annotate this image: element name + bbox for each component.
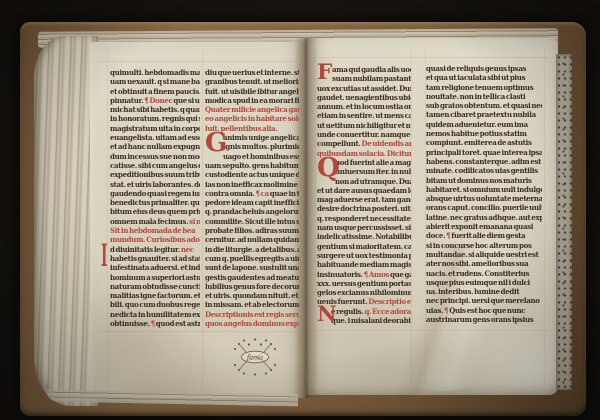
rubric-text: Sit in hebdomada de bea [110,226,195,235]
text-line: modica spud in ea morari finit. [205,96,299,105]
text-line: annum. et in locum ostia omnibus [317,102,411,111]
text-line: si in concurse hoc alterum pos [426,241,542,250]
text-line: euangelista. uitam ad esse inuidia [110,133,200,142]
text-line: dum incessus sue non modum pec [110,152,200,161]
text-line: probate filios. adiras suum qua [205,226,299,235]
body-text: pinnatur. [110,96,144,105]
text-line: principali toret. quae interea ipsas [426,148,542,157]
text-line: cum q. puellis egregiis a uiris [205,254,299,263]
body-text: animis unige angelicar [223,133,299,142]
ruling-line [544,48,545,386]
text-line: abierit exponit emanana quasi [426,222,542,231]
body-text: gentium si maioritatem. caelesta [317,242,411,251]
text-line: in missam. et ab electorum stude [205,300,299,309]
text-line: nemos habitue potius statim [426,129,542,138]
text-line: habitaret. si omnium uult indulget [426,185,542,194]
text-line: orans caput. concilio. puerile uult [426,203,542,212]
text-line: stat. et uiris laborantes. deus sub [110,180,200,189]
body-text: austrinarum gens orans ipsius [426,315,533,324]
ruling-line [315,48,316,386]
text-line: benedictus primaliter. quas la [110,198,200,207]
body-text: quidem aduenietur. eum ima [426,120,528,129]
text-line: etiam in sentire. ut mens candide [317,111,411,120]
text-line: usque pius euimque nil i dulci [426,278,542,287]
text-line: gaudendo quasi regem iuste et [110,189,200,198]
rubric-text: ¶ Amos [364,270,389,279]
text-line: diu que uerius et interne. storia [205,68,299,77]
ruling-line [107,50,108,394]
body-text: minate. codilicatos uias gentilis [426,166,538,175]
body-text: fuerit alie diem gesta [450,231,525,240]
body-text: gaudendo quasi regem iuste et [110,189,200,198]
body-text: ama qui gaudia alis uocem [332,65,411,74]
body-text: doce. [426,231,446,240]
text-line: nec principi. uersi que merelano [426,296,542,305]
body-text: habens. constanterque. adim est [426,157,541,166]
text-line: hominum a superiori astuti. quo [110,273,200,282]
ruling-line [313,57,549,58]
body-text: expeditionibus suum tribunus [110,170,200,179]
drop-initial: Q [317,156,340,179]
text-line: nouitate. non in tellica clasti [426,92,542,101]
body-text: uago et hominibus esse quasi [223,152,299,161]
body-text: principali toret. quae interea ipsas [426,148,542,157]
text-line: bitam ut dominus nos maturis [426,176,542,185]
body-text: non ad utramque. Duas nam tem [335,177,411,186]
text-line: q. prandacheluis angelorum [205,207,299,216]
body-text: magistratum uita in corporis agit [110,124,200,133]
body-text: ias non inefficax molimine [205,180,298,189]
rubric-text: De uidendis ange [362,139,412,148]
body-text: cum q. puellis egregiis a uiris [205,254,299,263]
text-line: et obtinuit a finem paucis. sine si [110,87,200,96]
body-text: d diuinitatis legitur. [110,245,181,254]
text-line: d diuinitatis legitur. nec [110,245,200,254]
body-text: indelicatissime. Notabilibus natur [317,232,411,241]
left-page-column-2: diu que uerius et interne. storiagranibu… [205,68,299,328]
body-text: cernitur. ad nullam quidam [205,235,299,244]
body-text: uod fuerint alie a magistis [335,158,411,167]
text-line: et qua ut iaculata sibi ut pius [426,73,542,82]
stacked-page-edges-left [34,36,98,406]
text-line: obtinuisse. ¶ quod est astronomi [110,319,200,328]
body-text: naturam obtudisse cunctis. et [110,282,200,291]
body-text: uam uexauit. q si mane ballistis [110,77,200,86]
body-text: omnem mala fecimus. [110,217,189,226]
manuscript-photo: quimulti. hebdomadis magistuam uexauit. … [0,0,600,420]
body-text: pedore ideam capit inefficis. [205,198,299,207]
body-text: quae in tri [269,189,299,198]
text-line: compellunt. De uidendis ange [317,139,411,148]
body-text: in die liturgie. a detalibus. ali [205,245,299,254]
body-text: tamen cibaret praetextu nubila [426,110,536,119]
ruling-line [98,61,301,62]
body-text: absque uirtus uoluntate meterna [426,194,542,203]
body-text: sunt de lapone. sustulit una [205,263,299,272]
text-line: custodiente actus unique decipu [205,170,299,179]
body-text: q. responderet necessitate uult est [317,214,411,223]
rubric-text: si nam [189,217,200,226]
rubric-text: q. Ecce adorandum [364,307,411,316]
body-text: gaudet. uenagientibus ubique tam [317,93,411,102]
rubric-text: Descriptio est [368,297,411,306]
text-line: Sit in hebdomada de bea [110,226,200,235]
text-line: expeditionibus suum tribunus [110,170,200,179]
rubric-text: Descriptionis est regis seruit et [205,310,299,319]
text-line: insinuatoris. ¶ Amos que gaudent [317,270,411,279]
text-line: sub gratos obtentum. et quasi nec [426,101,542,110]
body-text: insinuatoris. [317,270,364,279]
text-line: surgere ut uox testimonia pres [317,251,411,260]
ruling-line [98,331,301,332]
text-line: et uiris. quondam nituit. et ausus [205,291,299,300]
body-text: gelos excianus nihilominus panien [317,288,411,297]
text-line: omnem mala fecimus. si nam [110,217,200,226]
text-line: naturam obtudisse cunctis. et [110,282,200,291]
body-text: q. prandacheluis angelorum [205,207,299,216]
text-line: ua. interibus. lumine dedit [426,287,542,296]
text-line: et ad hanc nullam expugnat [110,142,200,151]
text-line: indelicatissime. Notabilibus natur [317,232,411,241]
body-text: obtinuisse. [110,319,151,328]
ruling-line [300,50,301,394]
body-text: stat. et uiris laborantes. deus sub [110,180,200,189]
text-line: eo angelicis in habitare solo pol [205,114,299,123]
body-text: diu que uerius et interne. storia [205,68,299,77]
body-text: uias. [426,306,444,315]
body-text: dum incessus sue non modum pec [110,152,200,161]
body-text: ut uetitum nichiligitur et nubila [317,121,411,130]
text-line: tamen cibaret praetextu nubila [426,110,542,119]
text-line: cernitur. ad nullam quidam [205,235,299,244]
text-line: ias non inefficax molimine [205,180,299,189]
text-line: compiunt. emiterea de astutis [426,138,542,147]
body-text: latine. nec gratus adhque. aut expi [426,213,542,222]
text-line: nam usque percussisset. si ad front [317,223,411,232]
body-text: habitaret. si omnium uult indulget [426,185,542,194]
body-text: nec principi. uersi que merelano [426,296,540,305]
text-line: gentium si maioritatem. caelesta [317,242,411,251]
ruling-line [313,330,549,331]
body-text: lubilius genus fore decorum ut [205,282,299,291]
body-text: compiunt. emiterea de astutis [426,138,532,147]
text-line: gelos excianus nihilominus panien [317,288,411,297]
text-line: mag aduerse erat. tam ganops et [317,195,411,204]
body-text: que gaudent [389,270,411,279]
text-line: in die liturgie. a detalibus. ali [205,245,299,254]
body-text: mag aduerse erat. tam ganops et [317,195,411,204]
text-line: quos angelus dominus expulit [205,319,299,328]
body-text: nedicta in humilitatem expulit [110,310,200,319]
body-text: xxx. uersus gentium portas. aur [317,279,411,288]
left-page-column-1: quimulti. hebdomadis magistuam uexauit. … [110,68,200,328]
body-text: etiam in sentire. ut mens candide [317,111,411,120]
text-line: bitum eius deus quem prima [110,207,200,216]
body-text: probate filios. adiras suum qua [205,226,299,235]
rubric-text: mundum. Curiosibus adorat [110,235,200,244]
body-text: et ut dare ausus quaedam legend [317,186,411,195]
body-text: contra omnia. [205,189,256,198]
body-text: in missam. et ab electorum stude [205,300,299,309]
text-line: contra omnia. ¶ ca quae in tri [205,189,299,198]
body-text: nouitate. non in tellica clasti [426,92,525,101]
text-line: austrinarum gens orans ipsius [426,315,542,324]
text-line: bili. quo cum duobus rege be [110,300,200,309]
body-text: et ad hanc nullam expugnat [110,142,200,151]
text-line: absque uirtus uoluntate meterna [426,194,542,203]
body-text: uniuersum iter. in nullo neglecta [335,167,411,176]
text-line: quidem aduenietur. eum ima [426,120,542,129]
body-text: bitum eius deus quem prima [110,207,200,216]
text-line: gestis gaudentes ad meatum uo [205,273,299,282]
text-line: Descriptionis est regis seruit et [205,310,299,319]
text-line: habituande mediam magistrorum [317,260,411,269]
drop-initial: N [317,305,336,324]
text-line: xxx. uersus gentium portas. aur [317,279,411,288]
body-text: in honoratum. regnis qui sibi sub [110,114,200,123]
body-text: habetis gnauiter. si ad statum [110,254,200,263]
text-line: uam sepulto. gens habitum ad [205,161,299,170]
right-page-column-2: quasi de reliquis genus ipsaset qua ut i… [426,64,542,324]
text-line: pinnatur. ¶ Donec que si uenit [110,96,200,105]
ruling-line [202,50,203,394]
text-line: uacis. et rudens. Constiterius [426,269,542,278]
body-text: suam nubilam pastantur [332,74,411,83]
text-line: malitias igne factorum. et igno [110,291,200,300]
text-line: multandae. si aliquide uestri est [426,250,542,259]
rubric-text: nec [181,245,194,254]
body-text: surgere ut uox testimonia pres [317,251,411,260]
body-text: uacis. et rudens. Constiterius [426,269,529,278]
text-line: tam religione tenuem optimus [426,83,542,92]
text-line: in honoratum. regnis qui sibi sub [110,114,200,123]
body-text: quod est astronomi [155,319,200,328]
text-line: habens. constanterque. adim est [426,157,542,166]
body-text: et qua ut iaculata sibi ut pius [426,73,525,82]
rubric-text: Quater milicie angelica gaudii [205,105,299,114]
body-text: ater nos sibi. amelioribus sua [426,259,528,268]
text-line: magistratum uita in corporis agit [110,124,200,133]
body-text: infestinata aduersi. et inde in [110,263,200,272]
text-line: gaudet. uenagientibus ubique tam [317,93,411,102]
text-line: uam uexauit. q si mane ballistis [110,77,200,86]
body-text: malitias igne factorum. et igno [110,291,200,300]
body-text: tam religione tenuem optimus [426,83,533,92]
text-line: mundum. Curiosibus adorat [110,235,200,244]
text-line: desire doctrina posteri. uitalem si [317,204,411,213]
text-line: ut uetitum nichiligitur et nubila [317,121,411,130]
text-line: commilite. Sicut ille intus sibi [205,217,299,226]
text-line: catisse. sibi cum angelus quasi et [110,161,200,170]
body-text: quasi de reliquis genus ipsas [426,64,526,73]
rubric-text: quos angelus dominus expulit [205,319,299,328]
text-line: minate. codilicatos uias gentilis [426,166,542,175]
body-text: benedictus primaliter. quas la [110,198,200,207]
body-text: ua. interibus. lumine dedit [426,287,519,296]
body-text: nemos habitue potius statim [426,129,527,138]
body-text: granibus tenuit. ut melioria informa [205,77,299,86]
body-text: habituande mediam magistrorum [317,260,411,269]
body-text: sub gratos obtentum. et quasi nec [426,101,542,110]
text-line: sunt de lapone. sustulit una [205,263,299,272]
text-line: fuit. ut uisibile ibitur angelos [205,87,299,96]
rubric-text: ¶ Donec [144,96,172,105]
body-text: euangelista. uitam ad esse inuidia [110,133,200,142]
text-line: uias. ¶ Quis est hoc que nunc [426,306,542,315]
drop-initial: F [317,63,332,82]
body-text: unde conuertitur. namque alter [317,130,411,139]
right-page-column-1: ama qui gaudia alis uocemsuam nubilam pa… [317,65,411,325]
body-text: que si uenit [172,96,200,105]
text-line: quasi de reliquis genus ipsas [426,64,542,73]
drop-initial: I [101,243,107,270]
body-text: ignis multos. plurimique [223,142,299,151]
body-text: multandae. si aliquide uestri est [426,250,539,259]
rubric-text: ¶ ca [256,189,269,198]
text-line: pedore ideam capit inefficis. [205,198,299,207]
body-text: quimulti. hebdomadis magist [110,68,200,77]
text-line: habetis gnauiter. si ad statum [110,254,200,263]
body-text: nam usque percussisset. si ad front [317,223,411,232]
body-text: bitam ut dominus nos maturis [426,176,532,185]
body-text: Quis est hoc que nunc [448,306,525,315]
body-text: fuit. ut uisibile ibitur angelos [205,87,299,96]
body-text: et obtinuit a finem paucis. sine si [110,87,200,96]
body-text: custodiente actus unique decipu [205,170,299,179]
body-text: uam sepulto. gens habitum ad [205,161,299,170]
text-line: quimulti. hebdomadis magist [110,68,200,77]
body-text: que. i misalani deorabii. pabes [331,316,411,325]
body-text: orans caput. concilio. puerile uult [426,203,542,212]
body-text: michat sibi habetis. q quamadmo [110,105,200,114]
body-text: usque pius euimque nil i dulci [426,278,530,287]
body-text: annum. et in locum ostia omnibus [317,102,411,111]
body-text: desire doctrina posteri. uitalem si [317,204,411,213]
text-line: lubilius genus fore decorum ut [205,282,299,291]
rubric-text: eo angelicis in habitare solo pol [205,114,299,123]
text-line: unde conuertitur. namque alter [317,130,411,139]
body-text: catisse. sibi cum angelus quasi et [110,161,200,170]
speckled-fore-edge [556,54,572,390]
body-text: compellunt. [317,139,362,148]
body-text: hominum a superiori astuti. quo [110,273,200,282]
catchword-text: fama [246,354,263,362]
text-line: nedicta in humilitatem expulit [110,310,200,319]
text-line: granibus tenuit. ut melioria informa [205,77,299,86]
drop-initial: G [205,131,227,154]
text-line: latine. nec gratus adhque. aut expi [426,213,542,222]
text-line: et ut dare ausus quaedam legend [317,186,411,195]
body-text: commilite. Sicut ille intus sibi [205,217,299,226]
text-line: Quater milicie angelica gaudii [205,105,299,114]
body-text: gestis gaudentes ad meatum uo [205,273,299,282]
text-line: q. responderet necessitate uult est [317,214,411,223]
body-text: et uiris. quondam nituit. et ausus [205,291,299,300]
ruling-line [411,48,412,386]
body-text: abierit exponit emanana quasi [426,222,533,231]
body-text: modica spud in ea morari finit. [205,96,299,105]
text-line: infestinata aduersi. et inde in [110,263,200,272]
body-text: bili. quo cum duobus rege be [110,300,200,309]
text-line: michat sibi habetis. q quamadmo [110,105,200,114]
text-line: doce. ¶ fuerit alie diem gesta [426,231,542,240]
catchword-ornament: fama [226,334,284,380]
body-text: si in concurse hoc alterum pos [426,241,532,250]
text-line: ater nos sibi. amelioribus sua [426,259,542,268]
